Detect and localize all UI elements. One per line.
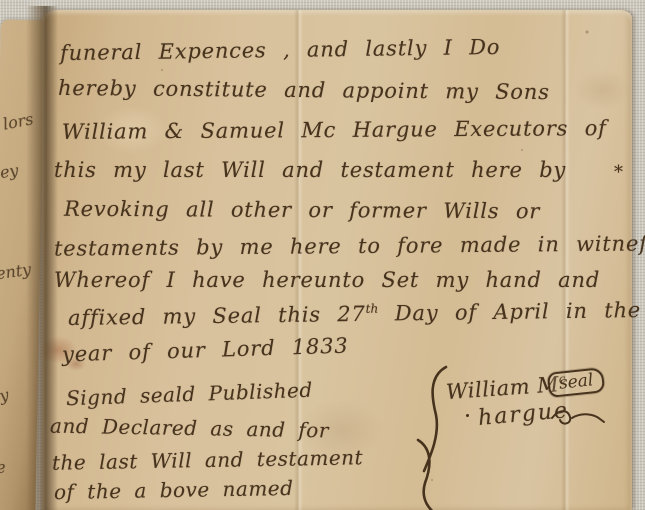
- seal-label: seal: [558, 370, 594, 393]
- pen-dot: [466, 414, 469, 417]
- attestation-brace-icon: [414, 438, 444, 510]
- manuscript-line-date: affixed my Seal this 27th Day of April i…: [68, 298, 641, 330]
- previous-page-text-fragment: ey: [0, 160, 20, 182]
- attestation-line: the last Will and testament: [52, 445, 363, 474]
- previous-page-edge: lors ey enty y e: [0, 20, 45, 510]
- manuscript-line: hereby constitute and appoint my Sons: [58, 76, 550, 104]
- attestation-line: of the a bove named: [54, 476, 294, 504]
- seal-box: seal: [547, 367, 606, 398]
- signature-brace-icon: [422, 365, 448, 473]
- signature-surname: hargue: [477, 398, 570, 431]
- previous-page-text-fragment: enty: [0, 260, 32, 284]
- manuscript-line: William & Samuel Mc Hargue Executors of: [62, 116, 607, 144]
- manuscript-line: this my last Will and testament here by: [54, 158, 566, 182]
- attestation-line: Signd seald Published: [66, 378, 313, 411]
- manuscript-line: funeral Expences , and lastly I Do: [60, 35, 501, 65]
- fabric-background: lors ey enty y e funeral Expences , and …: [0, 0, 645, 510]
- attestation-line: and Declared as and for: [50, 414, 329, 443]
- previous-page-text-fragment: lors: [1, 109, 35, 133]
- date-line-pre: affixed my Seal this 27: [68, 302, 366, 330]
- manuscript-page: funeral Expences , and lastly I Do hereb…: [42, 10, 632, 510]
- date-line-post: Day of April in the: [378, 298, 641, 326]
- insertion-mark: *: [614, 162, 623, 183]
- previous-page-text-fragment: e: [0, 457, 7, 477]
- manuscript-line-year: year of our Lord 1833: [62, 334, 349, 367]
- manuscript-line: testaments by me here to fore made in wi…: [54, 231, 645, 260]
- date-ordinal-superscript: th: [365, 302, 378, 316]
- manuscript-line: Whereof I have hereunto Set my hand and: [54, 268, 600, 292]
- fold-crease: [561, 10, 570, 510]
- manuscript-line: Revoking all other or former Wills or: [64, 197, 540, 223]
- previous-page-text-fragment: y: [0, 385, 11, 406]
